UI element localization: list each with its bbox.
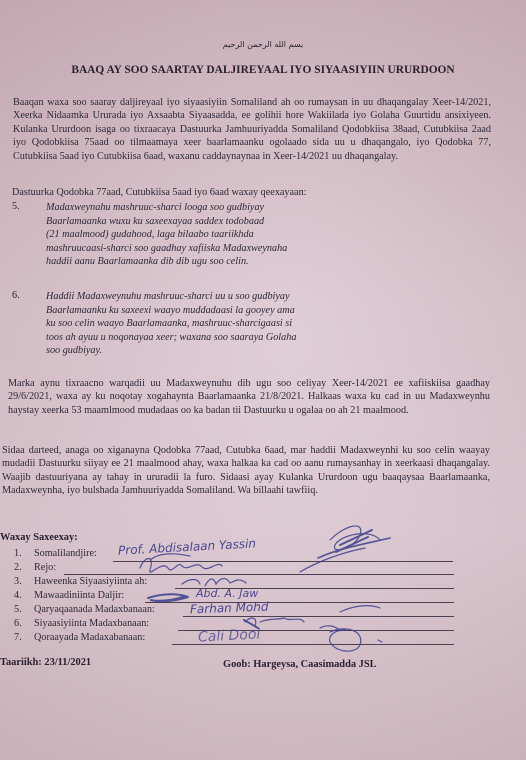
signature-row: 7.Qoraayada Madaxabanaan: (14, 632, 145, 645)
constitution-intro: Dastuurka Qodobka 77aad, Cutubkiisa 5aad… (12, 187, 307, 198)
handwritten-signature: Cali Dool (198, 626, 261, 645)
document-date: Taariikh: 23/11/2021 (0, 657, 91, 668)
article-text: Haddii Madaxweynuhu mashruuc-sharci uu u… (46, 290, 386, 358)
signature-number: 2. (14, 562, 34, 573)
signature-label: Qaryaqaanada Madaxbanaan: (34, 604, 155, 615)
signature-row: 1.Somalilandjire: (14, 548, 97, 561)
signature-label: Mawaadiniinta Daljir: (34, 590, 124, 601)
paragraph-conclusion: Sidaa darteed, anaga oo xiganayna Qodobk… (2, 444, 490, 498)
handwritten-signature: Prof. Abdisalaan Yassin (118, 536, 257, 557)
signature-line (183, 616, 454, 617)
signature-row: 5.Qaryaqaanada Madaxbanaan: (14, 604, 155, 617)
signature-label: Haweenka Siyaasiyiinta ah: (34, 576, 147, 587)
signatures-heading: Waxay Saxeexay: (0, 532, 78, 543)
article-number: 5. (12, 201, 20, 212)
document-location: Goob: Hargeysa, Caasimadda JSL (223, 659, 377, 670)
signature-number: 6. (14, 618, 34, 629)
document-title: BAAQ AY SOO SAARTAY DALJIREYAAL IYO SIYA… (0, 64, 526, 76)
signature-label: Siyaasiyiinta Madaxbanaan: (34, 618, 149, 629)
handwritten-signature: Abd. A. Jaw (196, 587, 258, 600)
signature-number: 7. (14, 632, 34, 643)
signature-row: 4.Mawaadiniinta Daljir: (14, 590, 124, 603)
signature-row: 3.Haweenka Siyaasiyiinta ah: (14, 576, 147, 589)
bismillah-header: بسم الله الرحمن الرحيم (0, 40, 526, 49)
signature-number: 4. (14, 590, 34, 601)
signature-number: 5. (14, 604, 34, 615)
signature-number: 1. (14, 548, 34, 559)
signature-label: Qoraayada Madaxabanaan: (34, 632, 145, 643)
handwritten-signature: Farhan Mohd (190, 600, 269, 617)
signature-line (113, 561, 453, 562)
signature-line (64, 574, 454, 575)
signature-row: 6.Siyaasiyiinta Madaxbanaan: (14, 618, 149, 631)
paragraph-intro: Baaqan waxa soo saaray daljireyaal iyo s… (13, 96, 491, 163)
paragraph-reference: Marka aynu tixraacno warqadii uu Madaxwe… (8, 377, 490, 417)
signature-label: Somalilandjire: (34, 548, 97, 559)
signature-number: 3. (14, 576, 34, 587)
article-number: 6. (12, 290, 20, 301)
signature-row: 2.Rejo: (14, 562, 56, 575)
document-page: بسم الله الرحمن الرحيم BAAQ AY SOO SAART… (0, 0, 526, 760)
article-text: Madaxweynahu mashruuc-sharci looga soo g… (46, 201, 386, 269)
signature-label: Rejo: (34, 562, 56, 573)
